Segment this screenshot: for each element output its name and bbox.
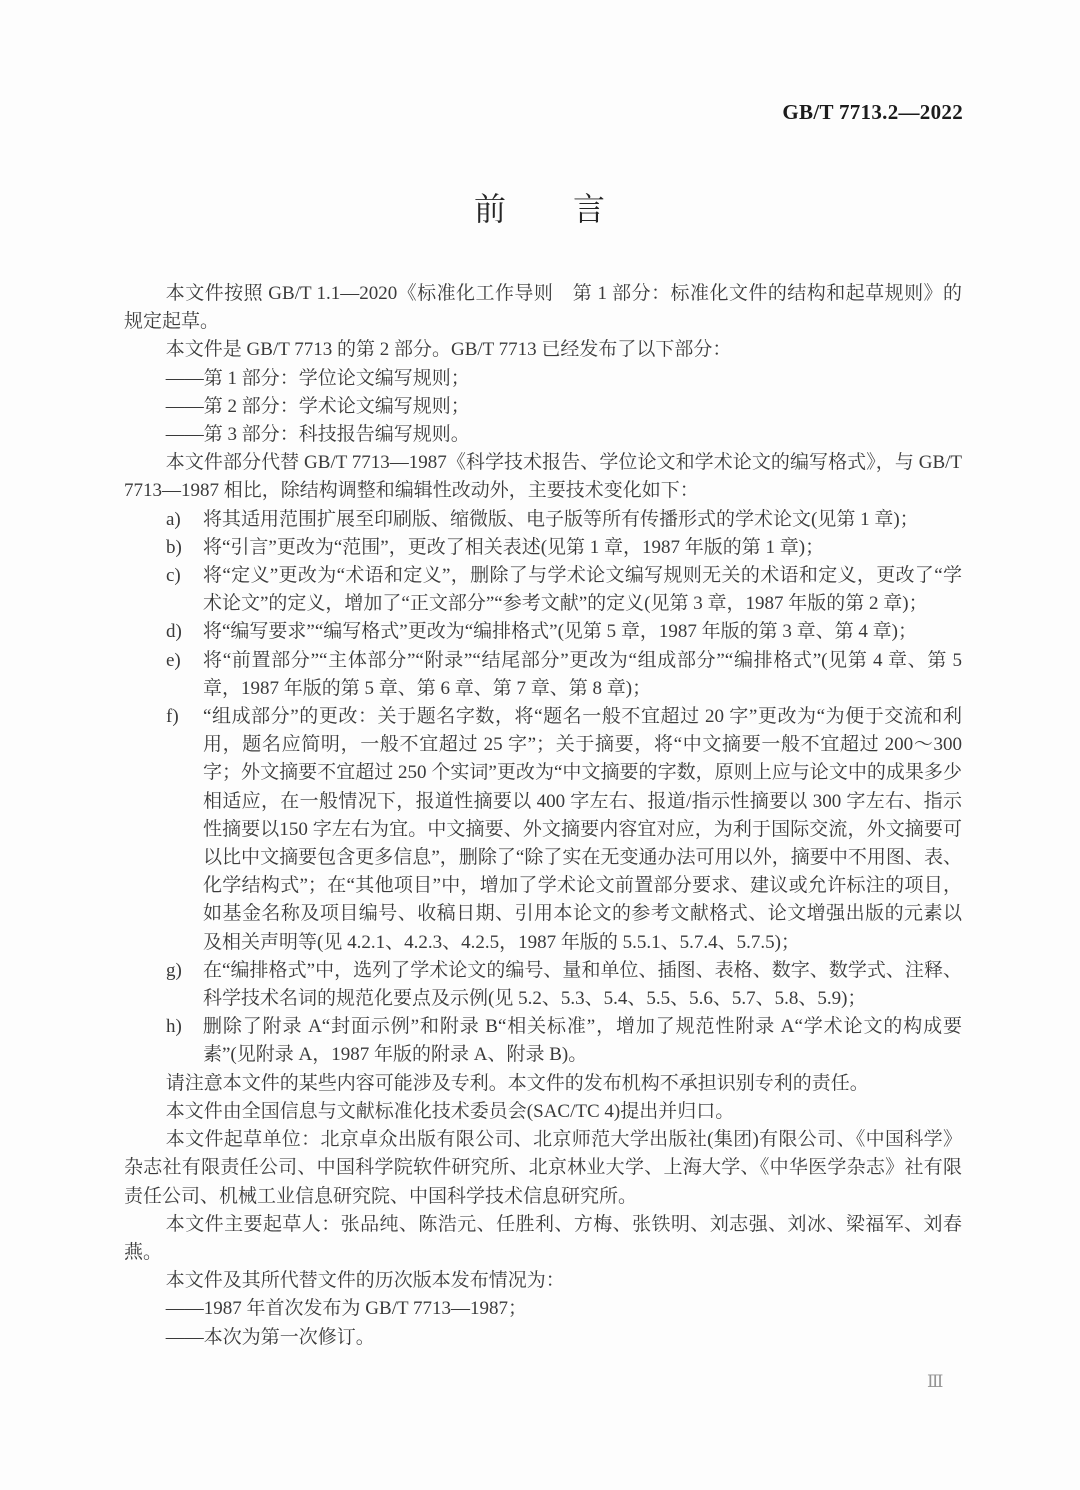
paragraph: 本文件主要起草人：张品纯、陈浩元、任胜利、方梅、张铁明、刘志强、刘冰、梁福军、刘… [124, 1211, 962, 1267]
list-item-label: f) [166, 703, 203, 957]
lettered-list-item: c) 将“定义”更改为“术语和定义”，删除了与学术论文编写规则无关的术语和定义，… [124, 562, 962, 618]
dash-list-item: ——第 2 部分：学术论文编写规则； [124, 393, 962, 421]
list-item-text: “组成部分”的更改：关于题名字数，将“题名一般不宜超过 20 字”更改为“为便于… [203, 703, 962, 957]
document-page: GB/T 7713.2—2022 前 言 本文件按照 GB/T 1.1—2020… [0, 0, 1080, 1490]
paragraph: 本文件部分代替 GB/T 7713—1987《科学技术报告、学位论文和学术论文的… [124, 449, 962, 505]
paragraph: 本文件及其所代替文件的历次版本发布情况为： [124, 1267, 962, 1295]
standard-number: GB/T 7713.2—2022 [782, 100, 963, 125]
dash-list-item: ——第 1 部分：学位论文编写规则； [124, 365, 962, 393]
lettered-list-item: f) “组成部分”的更改：关于题名字数，将“题名一般不宜超过 20 字”更改为“… [124, 703, 962, 957]
document-body: 本文件按照 GB/T 1.1—2020《标准化工作导则 第 1 部分：标准化文件… [124, 280, 962, 1352]
list-item-text: 将“引言”更改为“范围”，更改了相关表述(见第 1 章，1987 年版的第 1 … [203, 534, 962, 562]
lettered-list-item: g) 在“编排格式”中，选列了学术论文的编号、量和单位、插图、表格、数字、数学式… [124, 957, 962, 1013]
list-item-text: 将其适用范围扩展至印刷版、缩微版、电子版等所有传播形式的学术论文(见第 1 章)… [203, 506, 962, 534]
list-item-text: 在“编排格式”中，选列了学术论文的编号、量和单位、插图、表格、数字、数学式、注释… [203, 957, 962, 1013]
page-number: Ⅲ [927, 1372, 943, 1392]
lettered-list-item: d) 将“编写要求”“编写格式”更改为“编排格式”(见第 5 章，1987 年版… [124, 618, 962, 646]
list-item-label: a) [166, 506, 203, 534]
lettered-list-item: b) 将“引言”更改为“范围”，更改了相关表述(见第 1 章，1987 年版的第… [124, 534, 962, 562]
list-item-label: e) [166, 647, 203, 703]
paragraph: 本文件起草单位：北京卓众出版有限公司、北京师范大学出版社(集团)有限公司、《中国… [124, 1126, 962, 1211]
list-item-text: 将“编写要求”“编写格式”更改为“编排格式”(见第 5 章，1987 年版的第 … [203, 618, 962, 646]
list-item-text: 将“定义”更改为“术语和定义”，删除了与学术论文编写规则无关的术语和定义，更改了… [203, 562, 962, 618]
paragraph: 本文件是 GB/T 7713 的第 2 部分。GB/T 7713 已经发布了以下… [124, 336, 962, 364]
dash-list-item: ——第 3 部分：科技报告编写规则。 [124, 421, 962, 449]
list-item-label: b) [166, 534, 203, 562]
lettered-list-item: a) 将其适用范围扩展至印刷版、缩微版、电子版等所有传播形式的学术论文(见第 1… [124, 506, 962, 534]
lettered-list-item: h) 删除了附录 A“封面示例”和附录 B“相关标准”，增加了规范性附录 A“学… [124, 1013, 962, 1069]
dash-list-item: ——1987 年首次发布为 GB/T 7713—1987； [124, 1295, 962, 1323]
list-item-label: c) [166, 562, 203, 618]
paragraph: 本文件由全国信息与文献标准化技术委员会(SAC/TC 4)提出并归口。 [124, 1098, 962, 1126]
list-item-label: h) [166, 1013, 203, 1069]
list-item-text: 将“前置部分”“主体部分”“附录”“结尾部分”更改为“组成部分”“编排格式”(见… [203, 647, 962, 703]
paragraph: 本文件按照 GB/T 1.1—2020《标准化工作导则 第 1 部分：标准化文件… [124, 280, 962, 336]
page-title: 前 言 [0, 184, 1080, 230]
lettered-list-item: e) 将“前置部分”“主体部分”“附录”“结尾部分”更改为“组成部分”“编排格式… [124, 647, 962, 703]
list-item-text: 删除了附录 A“封面示例”和附录 B“相关标准”，增加了规范性附录 A“学术论文… [203, 1013, 962, 1069]
paragraph: 请注意本文件的某些内容可能涉及专利。本文件的发布机构不承担识别专利的责任。 [124, 1070, 962, 1098]
list-item-label: g) [166, 957, 203, 1013]
dash-list-item: ——本次为第一次修订。 [124, 1324, 962, 1352]
list-item-label: d) [166, 618, 203, 646]
